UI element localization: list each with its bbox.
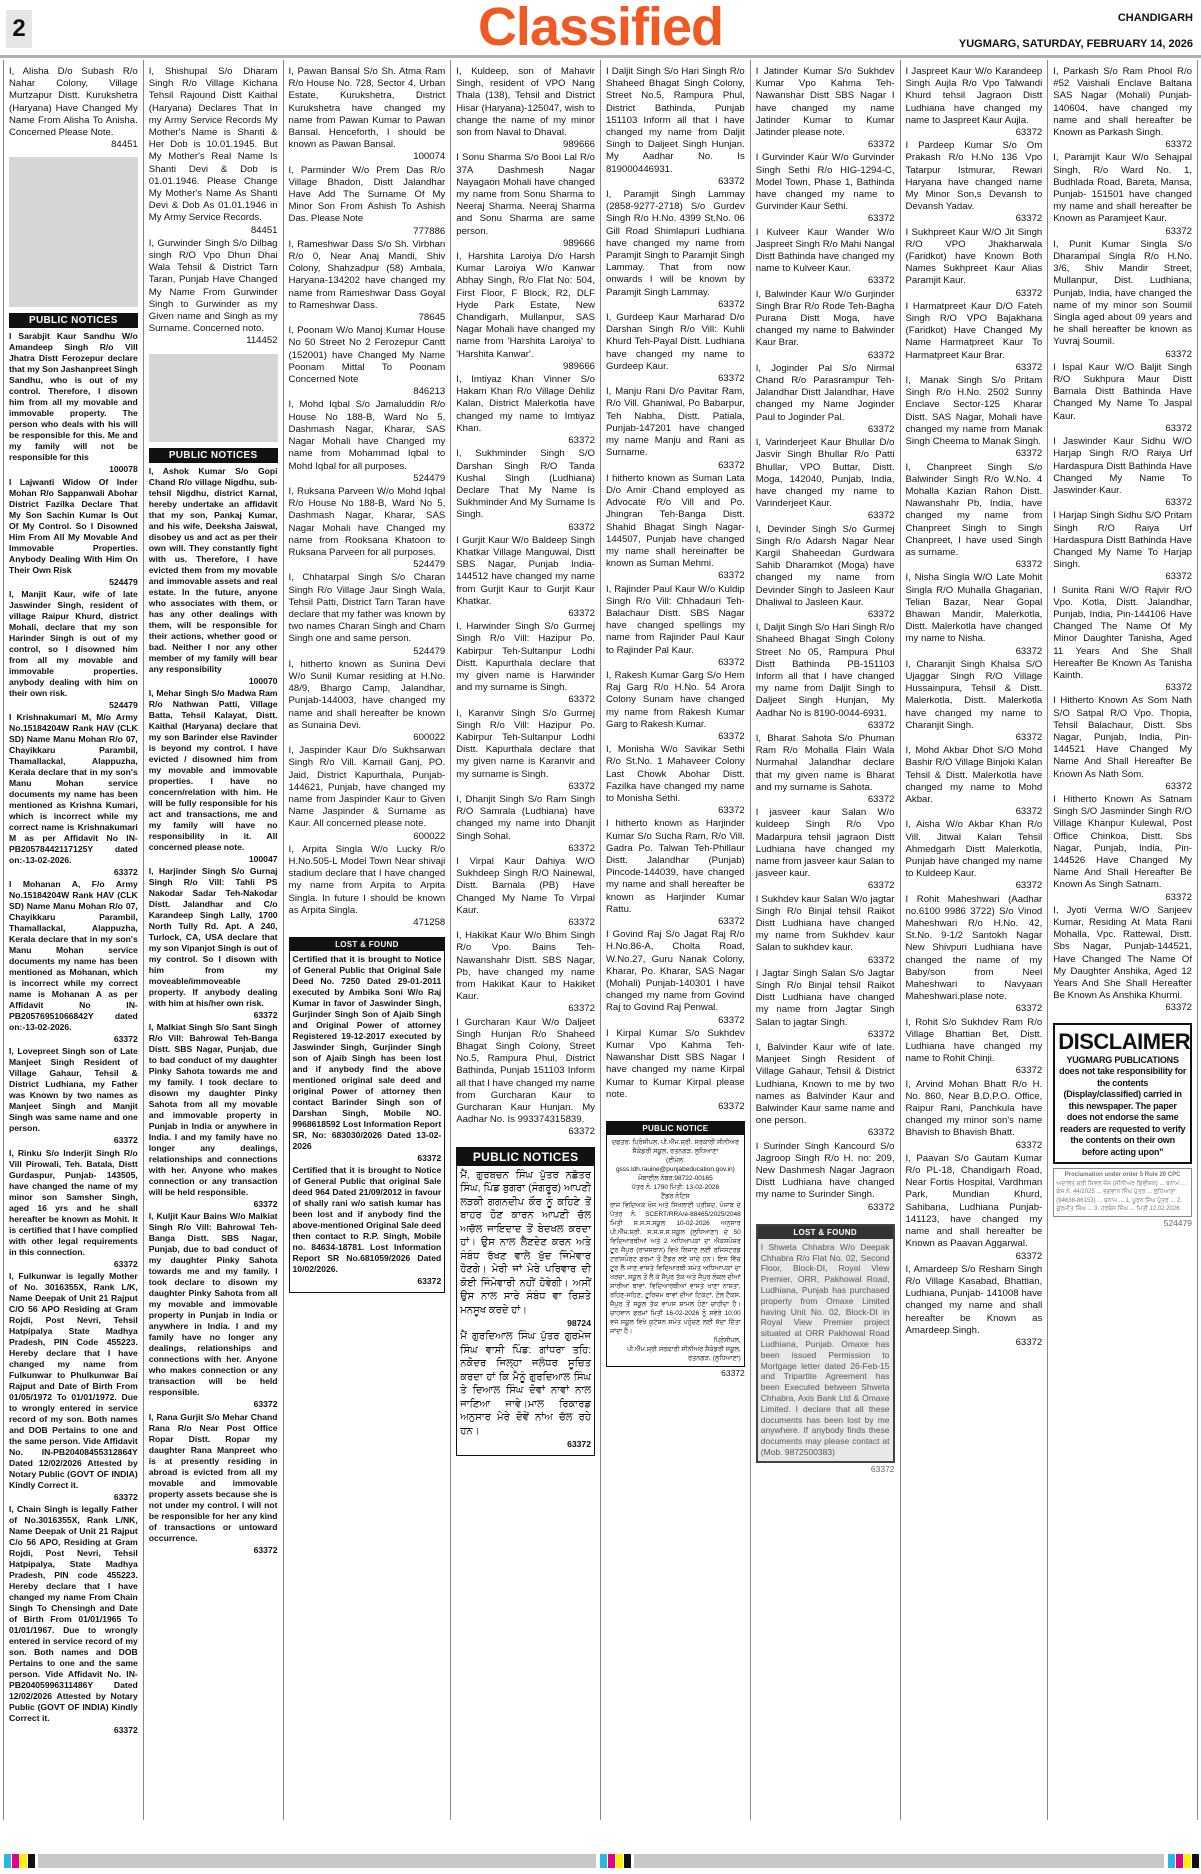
ad-code: 63372 (606, 657, 745, 669)
ad-code: 63372 (906, 732, 1043, 744)
classified-ad-text: Certified that it is brought to Notice o… (293, 1165, 442, 1275)
ad-code: 63372 (460, 1438, 591, 1450)
ad-code: 63372 (1053, 892, 1192, 904)
ad-code: 63372 (756, 1463, 895, 1475)
ad-code: 63372 (606, 373, 745, 385)
classified-ad-text: I, Arvind Mohan Bhatt R/o H. No. 860, Ne… (906, 1079, 1043, 1140)
classified-ad-text: I, Jaspinder Kaur D/o Sukhsarwan Singh R… (289, 745, 446, 830)
classified-ad-text: I, Parminder W/o Prem Das R/o Village Bh… (289, 165, 446, 226)
ad-code: 63372 (756, 275, 895, 287)
ad-code: 524479 (9, 576, 138, 588)
column-1: I, Alisha D/o Subash R/o Nahar Colony, V… (4, 60, 144, 1820)
ad-code: 63372 (456, 522, 595, 534)
proclamation-notice: Proclamation under order 5 Rule 20 CPC ਅ… (1053, 1168, 1192, 1217)
tender-header-lines: ਦਫਤਰ: ਪ੍ਰਿੰਸੀਪਲ, ਪੀ.ਐੱਮ.ਸ਼੍ਰੀ. ਸਰਕਾਰੀ ਸੀ… (610, 1138, 741, 1201)
disclaimer-text: YUGMARG PUBLICATIONS does not take respo… (1058, 1055, 1187, 1159)
classified-ad-text: I, Mehar Singh S/o Madwa Ram R/o Nathwan… (149, 688, 278, 853)
ad-code: 600022 (289, 831, 446, 843)
notice-line: ਪੱਤਰ ਨੰ. 1790 ਮਿਤੀ: 13-02-2026 (610, 1183, 741, 1192)
ad-code: 63372 (606, 176, 745, 188)
classified-ad-text: I, Varinderjeet Kaur Bhullar D/o Jasvir … (756, 437, 895, 510)
classified-ad-text: I, Rajinder Paul Kaur W/o Kuldip Singh R… (606, 584, 745, 657)
classified-ad-text: I Harmatpreet Kaur D/O Fateh Singh R/O V… (906, 301, 1043, 362)
ad-code: 63372 (756, 955, 895, 967)
registration-swatch-cyan (600, 1854, 607, 1868)
public-notices-list: I, Ashok Kumar S/o Gopi Chand R/o villag… (149, 466, 278, 1556)
classified-ad-text: I Govind Raj S/o Jagat Raj R/o H.No.86-A… (606, 929, 745, 1014)
classified-ad-text: I, Paavan S/o Gautam Kumar R/o PL-18, Ch… (906, 1153, 1043, 1251)
ad-code: 524479 (9, 699, 138, 711)
classified-ad-text: I, Kuldeep, son of Mahavir Singh, reside… (456, 66, 595, 139)
registration-swatch-magenta (12, 1854, 19, 1868)
disclaimer-heading: DISCLAIMER (1058, 1029, 1187, 1055)
column-3: I, Pawan Bansal S/o Sh. Atma Ram R/o Hou… (284, 60, 452, 1820)
classified-ad-text: I, Chanpreet Singh S/o Balwinder Singh R… (906, 462, 1043, 560)
ad-code: 777886 (289, 226, 446, 238)
classified-ad-text: I, Manju Rani D/o Pavitar Ram, R/o Vill.… (606, 386, 745, 459)
classified-ad-text: I, Arpita Singla W/o Lucky R/o H.No.505-… (289, 844, 446, 917)
ad-code: 63372 (456, 1003, 595, 1015)
column-4: I, Kuldeep, son of Mahavir Singh, reside… (451, 60, 601, 1820)
classified-ad-text: I, Jyoti Verma W/O Sanjeev Kumar, Residi… (1053, 905, 1192, 1003)
ad-code: 600022 (289, 732, 446, 744)
registration-swatch-black (28, 1854, 35, 1868)
ad-code: 63372 (606, 916, 745, 928)
ad-code: 63372 (456, 843, 595, 855)
classified-ad-text: I, Dhanjit Singh S/o Ram Singh R/O Samra… (456, 794, 595, 843)
classified-ad-text: I Jaspreet Kaur W/o Karandeep Singh Aujl… (906, 66, 1043, 127)
classified-ad-text: I Sonu Sharma S/o Booi Lal R/o 37A Dashm… (456, 152, 595, 237)
ad-code: 63372 (756, 1029, 895, 1041)
ad-code: 63372 (606, 1101, 745, 1113)
ads-top: I, Shishupal S/o Dharam Singh R/o Villag… (149, 66, 278, 348)
ad-code: 63372 (293, 1275, 442, 1287)
classified-ad-text: I, Manak Singh S/o Pritam Singh R/o H.No… (906, 375, 1043, 448)
ad-code: 114452 (149, 335, 278, 347)
ad-code: 63372 (756, 794, 895, 806)
classified-ad-text: I Surinder Singh Kancourd S/o Jagroop Si… (756, 1141, 895, 1202)
classified-ad-text: I Hitherto Known As Satnam Singh S/O Jas… (1053, 794, 1192, 892)
classified-ad-text: I hitherto known as Harjinder Kumar S/o … (606, 818, 745, 916)
ads-top: I, Parkash S/o Ram Phool R/o #52 Vaishal… (1053, 66, 1192, 1015)
registration-swatch-black (1192, 1854, 1199, 1868)
ad-code: 63372 (606, 1015, 745, 1027)
classified-ad-text: I Mohanan A, F/o Army No.15184204W Rank … (9, 879, 138, 1033)
column-6: I Jatinder Kumar S/o Sukhdev Kumar Vpo K… (751, 60, 901, 1820)
classified-ad-text: I, Mohd Iqbal S/o Jamaluddin R/o House N… (289, 399, 446, 472)
classified-ad-text: I, Mohd Akbar Dhot S/O Mohd Bashir R/O V… (906, 745, 1043, 806)
classified-ad-text: ਮੈਂ, ਗੁਰਬਚਨ ਸਿੰਘ ਪੁੱਤਰ ਨਛੱਤਰ ਸਿੰਘ, ਪਿੰਡ … (460, 1169, 591, 1318)
edition-city: CHANDIGARH (1118, 12, 1193, 24)
classified-ad-text: I, Harwinder Singh S/o Gurmej Singh R/o … (456, 621, 595, 694)
ad-code: 63372 (906, 288, 1043, 300)
classified-ad-text: I, Shishupal S/o Dharam Singh R/o Villag… (149, 66, 278, 225)
classified-ad-text: I, Rinku S/o Inderjit Singh R/o Vill Pir… (9, 1148, 138, 1258)
registration-swatch-yellow (616, 1854, 623, 1868)
classified-ad-text: I, Ruksana Parveen W/o Mohd Iqbal R/o Ho… (289, 486, 446, 559)
ad-code: 63372 (906, 1065, 1043, 1077)
section-header-public-notices: PUBLIC NOTICES (149, 448, 278, 463)
ad-code: 524479 (1053, 1217, 1192, 1229)
ad-code: 63372 (906, 1003, 1043, 1015)
dateline: YUGMARG, SATURDAY, FEBRUARY 14, 2026 (959, 38, 1193, 50)
proclamation-text: ਅਦਾਲਤ ਸ਼੍ਰੀ ਸਿਵਲ ਜੱਜ (ਸੀਨੀਅਰ ਡਿਵੀਜ਼ਨ) ..… (1056, 1180, 1189, 1214)
ad-code: 63372 (606, 460, 745, 472)
section-header-lost-found: LOST & FOUND (758, 1226, 893, 1239)
ad-code: 63372 (456, 435, 595, 447)
ad-code: 78645 (289, 312, 446, 324)
notice-line: ਰਤਨਗੜ, (ਲੁਧਿਆਣਾ) (610, 1354, 741, 1363)
ad-code: 63372 (1053, 682, 1192, 694)
classified-ad-text: I, Pawan Bansal S/o Sh. Atma Ram R/o Hou… (289, 66, 446, 151)
notice-line: (ਈਮੇਲ: gsss.ldh.rauine@punjabeducation.g… (610, 1156, 741, 1174)
classified-ad-text: I, Chhatarpal Singh S/o Charan Singh R/o… (289, 572, 446, 645)
registration-swatch-black (624, 1854, 631, 1868)
classified-ad-text: I, Punit Kumar Singla S/o Dharampal Sing… (1053, 239, 1192, 349)
classified-ad-text: I Jatinder Kumar S/o Sukhdev Kumar Vpo K… (756, 66, 895, 139)
ad-code: 63372 (906, 127, 1043, 139)
ad-code: 63372 (606, 805, 745, 817)
classified-ad-text: I Gurcharan Kaur W/o Daljeet Singh Hunja… (456, 1017, 595, 1127)
section-header-lost-found: LOST & FOUND (290, 938, 445, 951)
ad-code: 989666 (456, 361, 595, 373)
classified-ad-text: I, Manjit Kaur, wife of late Jaswinder S… (9, 589, 138, 699)
ads-top: I, Alisha D/o Subash R/o Nahar Colony, V… (9, 66, 138, 151)
registration-swatch-yellow (1184, 1854, 1191, 1868)
registration-swatch-cyan (1168, 1854, 1175, 1868)
classified-ad-text: I, Sukhminder Singh S/O Darshan Singh R/… (456, 448, 595, 521)
ad-code: 63372 (9, 1033, 138, 1045)
ad-code: 63372 (456, 781, 595, 793)
classified-ad-text: I Pardeep Kumar S/o Om Prakash R/o H.No … (906, 140, 1043, 213)
notice-line: ਮੋਬਾਈਲ ਨੰਬਰ:98722-00165 (610, 1174, 741, 1183)
classified-ad-text: I Jagtar Singh Salan S/o Jagtar Singh R/… (756, 968, 895, 1029)
classified-ad-text: I Sunita Rani W/O Rajvir R/O Vpo. Kotla,… (1053, 585, 1192, 683)
classified-ad-text: I, Rameshwar Dass S/o Sh. Virbhan R/o 0,… (289, 239, 446, 312)
ad-code: 63372 (756, 609, 895, 621)
tender-signature: ਪ੍ਰਿੰਸੀਪਲ,ਪੀ.ਐੱਮ.ਸ਼੍ਰੀ ਸਰਕਾਰੀ ਸੀਨੀਅਰ ਸੈਕ… (610, 1336, 741, 1363)
ad-code: 63372 (1053, 139, 1192, 151)
ads-top: I, Kuldeep, son of Mahavir Singh, reside… (456, 66, 595, 1139)
ad-code: 84451 (149, 225, 278, 237)
classified-ad-text: I Daljit Singh S/o Hari Singh R/o Shahee… (606, 66, 745, 176)
ad-code: 63372 (906, 1140, 1043, 1152)
classified-ad-text: I, Devinder Singh S/o Gurmej Singh R/o A… (756, 524, 895, 609)
classified-ad-text: I Lajwanti Widow Of Inder Mohan R/o Sapp… (9, 477, 138, 576)
classified-ad-text: I, Aisha W/o Akbar Khan R/o Vill. Jitwal… (906, 819, 1043, 880)
lost-found-text: I Shweta Chhabra W/o Deepak Chhabra R/o … (761, 1242, 890, 1458)
ad-code: 63372 (756, 510, 895, 522)
classified-columns: I, Alisha D/o Subash R/o Nahar Colony, V… (3, 60, 1198, 1820)
ad-code: 63372 (1053, 423, 1192, 435)
public-notice-tender-box: PUBLIC NOTICE ਦਫਤਰ: ਪ੍ਰਿੰਸੀਪਲ, ਪੀ.ਐੱਮ.ਸ਼… (606, 1121, 745, 1367)
ad-code: 100070 (149, 675, 278, 687)
classified-ad-text: I, Gurwinder Singh S/o Dilbag singh R/O … (149, 238, 278, 336)
classified-ad-text: ਮੈਂ ਗੁਰਦਿਆਲ ਸਿੰਘ ਪੁੱਤਰ ਗੁਰਮੇਜ ਸਿੰਘ ਵਾਸੀ … (460, 1330, 591, 1438)
ad-code: 63372 (756, 424, 895, 436)
classified-ad-text: I Sarabjit Kaur Sandhu W/o Amandeep Sing… (9, 331, 138, 463)
ads-top: I, Pawan Bansal S/o Sh. Atma Ram R/o Hou… (289, 66, 446, 929)
ad-code: 63372 (756, 139, 895, 151)
ad-code: 63372 (756, 720, 895, 732)
classified-ad-text: I, Rakesh Kumar Garg S/o Hem Raj Garg R/… (606, 670, 745, 731)
classified-ad-text: I hitherto known as Suman Lata D/o Amir … (606, 473, 745, 571)
registration-swatch-yellow (20, 1854, 27, 1868)
section-header-public-notices: PUBLIC NOTICES (9, 313, 138, 328)
classified-ad-text: I Sukhpreet Kaur W/O Jit Singh R/O VPO J… (906, 227, 1043, 288)
ad-code: 63372 (9, 1134, 138, 1146)
classified-ad-text: I Kirpal Kumar S/o Sukhdev Kumar Vpo Kah… (606, 1028, 745, 1101)
column-2: I, Shishupal S/o Dharam Singh R/o Villag… (144, 60, 284, 1820)
ad-code: 98724 (460, 1317, 591, 1329)
classified-ad-text: I, Harjinder Singh S/o Gurnaj Singh R/o … (149, 866, 278, 1009)
ad-code: 524479 (289, 646, 446, 658)
ad-code: 63372 (906, 559, 1043, 571)
classified-ad-text: I, Bharat Sahota S/o Phuman Ram R/o Moha… (756, 733, 895, 794)
ad-code: 989666 (456, 139, 595, 151)
ad-code: 63372 (456, 608, 595, 620)
ad-code: 63372 (9, 866, 138, 878)
ads-top: I Jaspreet Kaur W/o Karandeep Singh Aujl… (906, 66, 1043, 1349)
classified-ad-text: I, Daljit Singh S/o Hari Singh R/o Shahe… (756, 622, 895, 720)
classified-ad-text: I Sukhdev kaur Salan W/o jagtar Singh R/… (756, 894, 895, 955)
column-7: I Jaspreet Kaur W/o Karandeep Singh Aujl… (901, 60, 1049, 1820)
classified-ad-text: I, Poonam W/o Manoj Kumar House No 50 St… (289, 325, 446, 386)
notice-line: ਪ੍ਰਿੰਸੀਪਲ, (610, 1336, 741, 1345)
masthead: 2 Classified CHANDIGARH YUGMARG, SATURDA… (0, 0, 1201, 58)
classified-ad-text: I Krishnakumari M, M/o Army No.15184204W… (9, 712, 138, 866)
footer-bar-right (634, 1854, 1164, 1868)
column-5: I Daljit Singh S/o Hari Singh R/o Shahee… (601, 60, 751, 1820)
ad-code: 524479 (289, 473, 446, 485)
ad-code: 63372 (906, 880, 1043, 892)
ad-code: 63372 (1053, 781, 1192, 793)
classified-ad-text: I, Fulkunwar is legally Mother of No. 30… (9, 1271, 138, 1491)
section-header-public-notice: PUBLIC NOTICE (607, 1122, 744, 1135)
registration-swatch-magenta (608, 1854, 615, 1868)
ad-code: 471258 (289, 917, 446, 929)
ad-code: 846213 (289, 386, 446, 398)
ad-code: 63372 (756, 1202, 895, 1214)
classified-ad-text: I, Balwinder Kaur W/o Gurjinder Singh Br… (756, 289, 895, 350)
classified-ad-text: I Jaswinder Kaur Sidhu W/O Harjap Singh … (1053, 436, 1192, 497)
ad-code: 989666 (456, 238, 595, 250)
classified-ad-text: I, Parkash S/o Ram Phool R/o #52 Vaishal… (1053, 66, 1192, 139)
ad-code: 63372 (606, 570, 745, 582)
ad-code: 100074 (289, 151, 446, 163)
public-notices-list: I Sarabjit Kaur Sandhu W/o Amandeep Sing… (9, 331, 138, 1736)
classified-ad-text: I Rohit Maheshwari (Aadhar no.6100 9986 … (906, 894, 1043, 1004)
notice-line: ਪੀ.ਐੱਮ.ਸ਼੍ਰੀ ਸਰਕਾਰੀ ਸੀਨੀਅਰ ਸੈਕੰਡਰੀ ਸਕੂਲ, (610, 1345, 741, 1354)
ad-code: 63372 (1053, 349, 1192, 361)
ad-code: 63372 (906, 1337, 1043, 1349)
ad-code: 63372 (756, 350, 895, 362)
ad-code: 63372 (9, 1724, 138, 1736)
classified-ad-text: I, Paramjit Kaur W/o Sehajpal Singh, R/o… (1053, 152, 1192, 225)
punjabi-notices-list: ਮੈਂ, ਗੁਰਬਚਨ ਸਿੰਘ ਪੁੱਤਰ ਨਛੱਤਰ ਸਿੰਘ, ਪਿੰਡ … (460, 1169, 591, 1451)
ad-code: 63372 (906, 362, 1043, 374)
ad-code: 100047 (149, 853, 278, 865)
footer-bar-left (38, 1854, 596, 1868)
lost-found-box: LOST & FOUND Certified that it is brough… (289, 937, 446, 1292)
ad-code: 63372 (1053, 571, 1192, 583)
ad-code: 63372 (756, 213, 895, 225)
notice-line: ਦਫਤਰ: ਪ੍ਰਿੰਸੀਪਲ, ਪੀ.ਐੱਮ.ਸ਼੍ਰੀ. ਸਰਕਾਰੀ ਸੀ… (610, 1138, 741, 1147)
ad-code: 63372 (756, 880, 895, 892)
classified-ad-text: I Gurjit Kaur W/o Baldeep Singh Khatkar … (456, 535, 595, 608)
classified-ad-text: I Hitherto Known As Som Nath S/O Satpal … (1053, 695, 1192, 780)
ad-code: 63372 (1053, 1002, 1192, 1014)
tender-body: ਰਾਜ ਵਿਦਿਅਕ ਖੋਜ ਅਤੇ ਸਿਖਲਾਈ ਪ੍ਰੀਸ਼ਦ, ਪੰਜਾਬ… (610, 1201, 741, 1336)
notice-line: ਟੈਂਡਰ ਨੋਟਿਸ (610, 1192, 741, 1201)
classified-ad-text: I, Charanjit Singh Khalsa S/O Ujaggar Si… (906, 659, 1043, 732)
ad-code: 63372 (606, 1367, 745, 1379)
ad-code: 63372 (756, 1127, 895, 1139)
ad-code: 63372 (456, 1126, 595, 1138)
ad-code: 63372 (293, 1152, 442, 1164)
ad-code: 63372 (149, 1544, 278, 1556)
classified-ad-text: I, Amardeep S/o Resham Singh R/o Village… (906, 1264, 1043, 1337)
classified-ad-text: I, Gurdeep Kaur Marharad D/o Darshan Sin… (606, 312, 745, 373)
classified-ad-text: I, Balvinder Kaur wife of late. Manjeet … (756, 1042, 895, 1127)
classified-ad-text: I, Joginder Pal S/o Nirmal Chand R/o Par… (756, 363, 895, 424)
classified-ad-text: I Ispal Kaur W/O Baljit Singh R/O Sukhpu… (1053, 362, 1192, 423)
section-header-public-notices: PUBLIC NOTICES (457, 1148, 594, 1166)
classified-ad-text: I, Lovepreet Singh son of Late Manjeet S… (9, 1046, 138, 1134)
ad-code: 63372 (1053, 497, 1192, 509)
classified-ad-text: I Gurvinder Kaur W/o Gurvinder Singh Set… (756, 152, 895, 213)
classified-ad-text: I, Monisha W/o Savikar Sethi R/o St.No. … (606, 744, 745, 805)
classified-ad-text: I, Rohit S/o Sukhdev Ram R/o Village Bha… (906, 1017, 1043, 1066)
ad-code: 63372 (456, 694, 595, 706)
classified-ad-text: I, Karanvir Singh S/o Gurmej Singh R/o V… (456, 708, 595, 781)
disclaimer-box: DISCLAIMER YUGMARG PUBLICATIONS does not… (1053, 1023, 1192, 1165)
lost-found-box: LOST & FOUND I Shweta Chhabra W/o Deepak… (756, 1224, 895, 1463)
registration-swatch-magenta (1176, 1854, 1183, 1868)
classified-ad-text: I, Harshita Laroiya D/o Harsh Kumar Laro… (456, 251, 595, 361)
ad-code: 63372 (606, 299, 745, 311)
classified-ad-text: I, Chain Singh is legally Father of No.3… (9, 1504, 138, 1724)
classified-ad-text: I, Malkiat Singh S/o Sant Singh R/o Vill… (149, 1022, 278, 1198)
classified-ad-text: I, Imtiyaz Khan Vinner S/o Hakam Khan R/… (456, 374, 595, 435)
classified-ad-text: I, Ashok Kumar S/o Gopi Chand R/o villag… (149, 466, 278, 675)
ad-code: 63372 (9, 1491, 138, 1503)
classified-ad-text: I Kulveer Kaur Wander W/o Jaspreet Singh… (756, 227, 895, 276)
notice-line: ਸੈਕੰਡਰੀ ਸਕੂਲ, ਰਤਨਗੜ, ਲੁਧਿਆਣਾ (610, 1147, 741, 1156)
classified-ad-text: I, Alisha D/o Subash R/o Nahar Colony, V… (9, 66, 138, 139)
classified-ad-text: I Virpal Kaur Dahiya W/O Sukhdeep Singh … (456, 856, 595, 917)
classified-ad-text: I jasveer kaur Salan W/o kuldeep Singh R… (756, 807, 895, 880)
classified-ad-text: I, Hakikat Kaur W/o Bhim Singh R/o Vpo. … (456, 930, 595, 1003)
blank-ad-space (149, 354, 278, 442)
print-registration-footer (0, 1822, 1201, 1874)
ad-code: 63372 (906, 1251, 1043, 1263)
ads-top: I Daljit Singh S/o Hari Singh R/o Shahee… (606, 66, 745, 1113)
classified-ad-text: I Harjap Singh Sidhu S/O Pritam Singh R/… (1053, 510, 1192, 571)
punjabi-notices-box: PUBLIC NOTICES ਮੈਂ, ਗੁਰਬਚਨ ਸਿੰਘ ਪੁੱਤਰ ਨਛ… (456, 1147, 595, 1456)
ad-code: 100078 (9, 463, 138, 475)
classified-ad-text: I, Nisha Singla W/O Late Mohit Singla R/… (906, 572, 1043, 645)
ad-code: 63372 (9, 1258, 138, 1270)
ad-code: 524479 (289, 559, 446, 571)
ad-code: 63372 (906, 646, 1043, 658)
ad-code: 63372 (149, 1398, 278, 1410)
ad-code: 63372 (149, 1198, 278, 1210)
registration-swatch-cyan (4, 1854, 11, 1868)
ad-code: 63372 (906, 448, 1043, 460)
classified-ad-text: I, hitherto known as Sunina Devi W/o Sun… (289, 659, 446, 732)
ad-code: 63372 (456, 917, 595, 929)
classified-ad-text: I, Paramjit Singh Lammay (2858-9277-2718… (606, 189, 745, 299)
ad-code: 63372 (606, 731, 745, 743)
ads-top: I Jatinder Kumar S/o Sukhdev Kumar Vpo K… (756, 66, 895, 1214)
ad-code: 84451 (9, 139, 138, 151)
ad-code: 63372 (906, 806, 1043, 818)
classified-ad-text: I, Kuljit Kaur Bains W/o Malkiat Singh R… (149, 1211, 278, 1398)
proclamation-heading: Proclamation under order 5 Rule 20 CPC (1056, 1171, 1189, 1180)
masthead-rule (0, 55, 1201, 58)
blank-ad-space (9, 157, 138, 307)
column-8: I, Parkash S/o Ram Phool R/o #52 Vaishal… (1048, 60, 1197, 1820)
ad-code: 63372 (149, 1009, 278, 1021)
ad-code: 63372 (906, 213, 1043, 225)
classified-ad-text: Certified that it is brought to Notice o… (293, 954, 442, 1152)
ad-code: 63372 (1053, 226, 1192, 238)
lost-found-list: Certified that it is brought to Notice o… (293, 954, 442, 1287)
classified-ad-text: I, Rana Gurjit S/o Mehar Chand Rana R/o … (149, 1412, 278, 1544)
